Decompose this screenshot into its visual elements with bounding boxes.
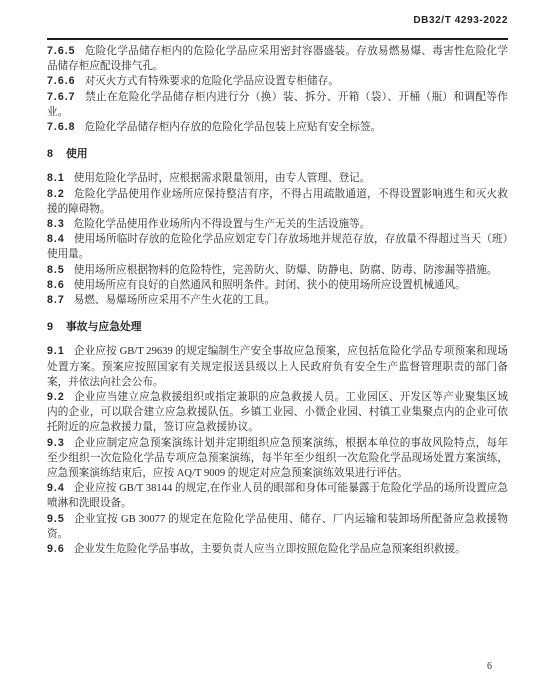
clause-7-6-6: 7.6.6对灭火方式有特殊要求的危险化学品应设置专柜储存。 [47, 74, 508, 89]
section-title: 事故与应急处理 [66, 321, 142, 333]
clause-number: 9.3 [47, 437, 65, 449]
clause-number: 8.1 [47, 172, 65, 184]
clause-text: 危险化学品储存柜内的危险化学品应采用密封容器盛装。存放易燃易爆、毒害性危险化学品… [47, 46, 508, 72]
section-number: 9 [47, 321, 54, 333]
document-page: DB32/T 4293-2022 7.6.5危险化学品储存柜内的危险化学品应采用… [0, 0, 550, 694]
clause-text: 企业应制定应急预案演练计划并定期组织应急预案演练，根据本单位的事故风险特点，每年… [47, 438, 508, 479]
clause-text: 企业应按 GB/T 38144 的规定,在作业人员的眼部和身体可能暴露于危险化学… [47, 483, 508, 509]
document-content: 7.6.5危险化学品储存柜内的危险化学品应采用密封容器盛装。存放易燃易爆、毒害性… [47, 44, 508, 557]
clause-number: 9.5 [47, 513, 65, 525]
clause-9-2: 9.2企业应当建立应急救援组织或指定兼职的应急救援人员。工业园区、开发区等产业聚… [47, 390, 508, 436]
clause-7-6-8: 7.6.8危险化学品储存柜内存放的危险化学品包装上应贴有安全标签。 [47, 120, 508, 135]
clause-number: 8.3 [47, 218, 65, 230]
clause-text: 危险化学品储存柜内存放的危险化学品包装上应贴有安全标签。 [85, 122, 382, 133]
clause-8-1: 8.1使用危险化学品时，应根据需求限量领用，由专人管理、登记。 [47, 171, 508, 186]
section-number: 8 [47, 148, 54, 160]
clause-text: 对灭火方式有特殊要求的危险化学品应设置专柜储存。 [85, 76, 339, 87]
clause-text: 使用场所临时存放的危险化学品应划定专门存放场地并规范存放，存放量不得超过当天（班… [47, 234, 508, 260]
clause-8-3: 8.3危险化学品使用作业场所内不得设置与生产无关的生活设施等。 [47, 217, 508, 232]
clause-text: 危险化学品使用作业场所内不得设置与生产无关的生活设施等。 [74, 219, 371, 230]
clause-8-7: 8.7易燃、易爆场所应采用不产生火花的工具。 [47, 293, 508, 308]
page-number: 6 [487, 661, 492, 672]
clause-text: 使用场所应根据物料的危险特性，完善防火、防爆、防静电、防腐、防毒、防渗漏等措施。 [74, 265, 498, 276]
clause-8-5: 8.5使用场所应根据物料的危险特性，完善防火、防爆、防静电、防腐、防毒、防渗漏等… [47, 263, 508, 278]
clause-text: 企业发生危险化学品事故，主要负责人应当立即按照危险化学品应急预案组织救援。 [74, 544, 466, 555]
clause-number: 9.4 [47, 482, 65, 494]
clause-number: 9.6 [47, 543, 65, 555]
clause-number: 9.1 [47, 345, 65, 357]
clause-number: 7.6.8 [47, 121, 76, 133]
section-8-heading: 8使用 [47, 147, 508, 162]
clause-number: 7.6.6 [47, 75, 76, 87]
clause-number: 8.2 [47, 188, 65, 200]
clause-9-6: 9.6企业发生危险化学品事故，主要负责人应当立即按照危险化学品应急预案组织救援。 [47, 542, 508, 557]
clause-text: 使用场所应有良好的自然通风和照明条件。封闭、狭小的使用场所应设置机械通风。 [74, 280, 466, 291]
section-title: 使用 [66, 148, 88, 160]
clause-text: 企业应当建立应急救援组织或指定兼职的应急救援人员。工业园区、开发区等产业聚集区域… [47, 392, 508, 433]
clause-number: 7.6.7 [47, 91, 76, 103]
clause-9-3: 9.3企业应制定应急预案演练计划并定期组织应急预案演练，根据本单位的事故风险特点… [47, 436, 508, 482]
clause-8-4: 8.4使用场所临时存放的危险化学品应划定专门存放场地并规范存放，存放量不得超过当… [47, 232, 508, 262]
clause-text: 企业宜按 GB 30077 的规定在危险化学品使用、储存、厂内运输和装卸场所配备… [47, 514, 508, 540]
standard-code: DB32/T 4293-2022 [413, 15, 508, 26]
clause-7-6-7: 7.6.7禁止在危险化学品储存柜内进行分（换）装、拆分、开箱（袋）、开桶（瓶）和… [47, 90, 508, 120]
clause-text: 企业应按 GB/T 29639 的规定编制生产安全事故应急预案，应包括危险化学品… [47, 346, 508, 387]
clause-text: 危险化学品使用作业场所应保持整洁有序，不得占用疏散通道，不得设置影响逃生和灭火救… [47, 189, 508, 215]
clause-9-4: 9.4企业应按 GB/T 38144 的规定,在作业人员的眼部和身体可能暴露于危… [47, 481, 508, 511]
clause-number: 8.5 [47, 264, 65, 276]
section-9-heading: 9事故与应急处理 [47, 320, 508, 335]
clause-9-5: 9.5企业宜按 GB 30077 的规定在危险化学品使用、储存、厂内运输和装卸场… [47, 512, 508, 542]
clause-text: 禁止在危险化学品储存柜内进行分（换）装、拆分、开箱（袋）、开桶（瓶）和调配等作业… [47, 92, 508, 118]
clause-7-6-5: 7.6.5危险化学品储存柜内的危险化学品应采用密封容器盛装。存放易燃易爆、毒害性… [47, 44, 508, 74]
clause-number: 8.6 [47, 279, 65, 291]
clause-8-6: 8.6使用场所应有良好的自然通风和照明条件。封闭、狭小的使用场所应设置机械通风。 [47, 278, 508, 293]
clause-text: 使用危险化学品时，应根据需求限量领用，由专人管理、登记。 [74, 173, 371, 184]
clause-text: 易燃、易爆场所应采用不产生火花的工具。 [74, 295, 275, 306]
header-rule [47, 38, 508, 40]
clause-number: 7.6.5 [47, 45, 76, 57]
clause-9-1: 9.1企业应按 GB/T 29639 的规定编制生产安全事故应急预案，应包括危险… [47, 344, 508, 390]
clause-number: 8.7 [47, 294, 65, 306]
clause-number: 9.2 [47, 391, 65, 403]
clause-8-2: 8.2危险化学品使用作业场所应保持整洁有序，不得占用疏散通道，不得设置影响逃生和… [47, 187, 508, 217]
clause-number: 8.4 [47, 233, 65, 245]
